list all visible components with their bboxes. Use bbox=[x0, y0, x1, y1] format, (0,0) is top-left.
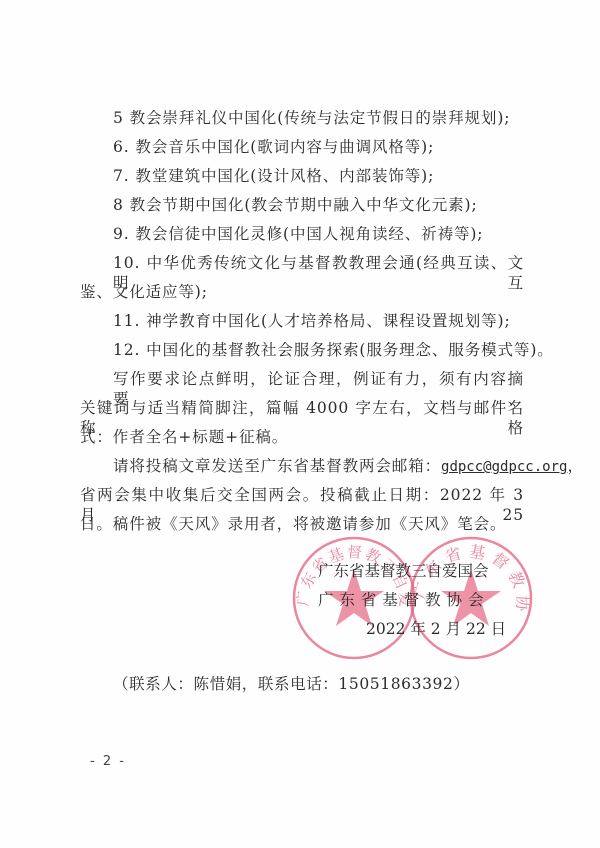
list-item-7: 7. 教堂建筑中国化(设计风格、内部装饰等); bbox=[113, 166, 434, 186]
email-link[interactable]: gdpcc@gdpcc.org bbox=[441, 459, 567, 475]
contact-info: （联系人：陈惜娟，联系电话：15051863392） bbox=[113, 674, 470, 694]
submission-prefix: 请将投稿文章发送至广东省基督教两会邮箱： bbox=[113, 457, 441, 475]
list-item-11: 11. 神学教育中国化(人才培养格局、课程设置规划等); bbox=[113, 311, 511, 331]
document-page: 5 教会崇拜礼仪中国化(传统与法定节假日的崇拜规划); 6. 教会音乐中国化(歌… bbox=[0, 0, 600, 848]
list-item-12: 12. 中国化的基督教社会服务探索(服务理念、服务模式等)。 bbox=[113, 340, 554, 360]
submission-suffix: ， bbox=[567, 457, 583, 475]
list-item-6: 6. 教会音乐中国化(歌词内容与曲调风格等); bbox=[113, 137, 434, 157]
signature-org-2: 广 东 省 基 督 教 协 会 bbox=[318, 590, 484, 610]
list-item-8: 8 教会节期中国化(教会节期中融入中华文化元素); bbox=[113, 195, 478, 215]
list-item-9: 9. 教会信徒中国化灵修(中国人视角读经、祈祷等); bbox=[113, 224, 483, 244]
submission-line-1: 请将投稿文章发送至广东省基督教两会邮箱：gdpcc@gdpcc.org， bbox=[113, 456, 584, 477]
signature-org-1: 广东省基督教三自爱国会 bbox=[318, 561, 489, 581]
signature-date: 2022 年 2 月 22 日 bbox=[366, 619, 506, 639]
submission-line-3: 日。稿件被《天风》录用者，将被邀请参加《天风》笔会。 bbox=[80, 514, 506, 534]
list-item-10-line2: 鉴、文化适应等); bbox=[80, 282, 208, 302]
requirements-line-3: 式：作者全名+标题+征稿。 bbox=[80, 427, 288, 447]
list-item-5: 5 教会崇拜礼仪中国化(传统与法定节假日的崇拜规划); bbox=[113, 108, 510, 128]
page-number: - 2 - bbox=[90, 754, 126, 769]
